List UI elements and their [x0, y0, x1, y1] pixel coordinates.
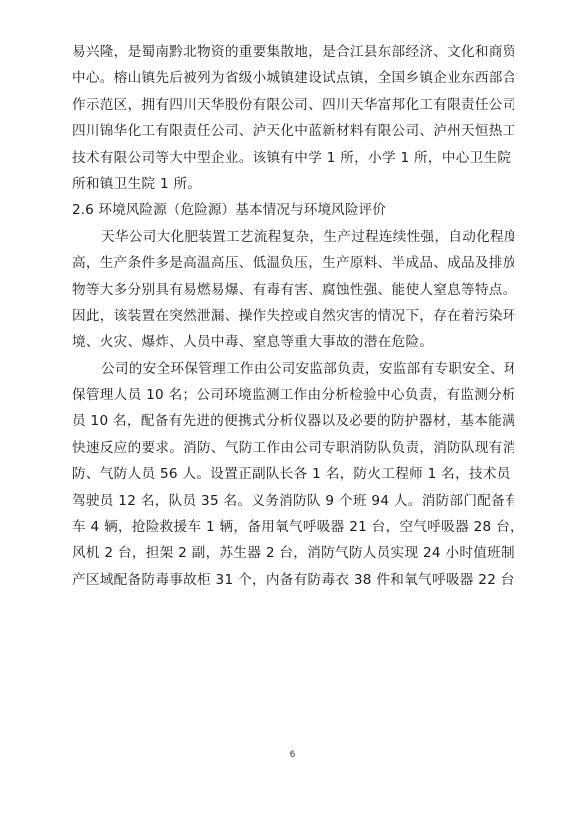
paragraph-town-overview: 易兴隆，是蜀南黔北物资的重要集散地，是合江县东部经济、文化和商贸 中心。榕山镇先… [72, 39, 514, 197]
text-line: 因此，该装置在突然泄漏、操作失控或自然灾害的情况下，存在着污染环 [72, 303, 514, 329]
text-line: 保管理人员 10 名；公司环境监测工作由分析检验中心负责，有监测分析人 [72, 382, 514, 408]
text-line: 高，生产条件多是高温高压、低温负压，生产原料、半成品、成品及排放 [72, 250, 514, 276]
text-line: 技术有限公司等大中型企业。该镇有中学 1 所，小学 1 所，中心卫生院 1 [72, 145, 514, 171]
text-line: 车 4 辆，抢险救援车 1 辆，备用氧气呼吸器 21 台，空气呼吸器 28 台，… [72, 514, 514, 540]
text-line: 作示范区，拥有四川天华股份有限公司、四川天华富邦化工有限责任公司、 [72, 92, 514, 118]
text-line: 四川锦华化工有限责任公司、泸天化中蓝新材料有限公司、泸州天恒热工 [72, 118, 514, 144]
text-line: 中心。榕山镇先后被列为省级小城镇建设试点镇，全国乡镇企业东西部合 [72, 65, 514, 91]
text-line: 天华公司大化肥装置工艺流程复杂，生产过程连续性强，自动化程度 [72, 224, 514, 250]
paragraph-process-hazards: 天华公司大化肥装置工艺流程复杂，生产过程连续性强，自动化程度 高，生产条件多是高… [72, 224, 514, 356]
document-body: 易兴隆，是蜀南黔北物资的重要集散地，是合江县东部经济、文化和商贸 中心。榕山镇先… [72, 39, 514, 593]
text-line: 防、气防人员 56 人。设置正副队长各 1 名，防火工程师 1 名，技术员 6 … [72, 461, 514, 487]
text-line: 境、火灾、爆炸、人员中毒、窒息等重大事故的潜在危险。 [72, 329, 514, 355]
text-line: 快速反应的要求。消防、气防工作由公司专职消防队负责，消防队现有消 [72, 435, 514, 461]
text-line: 物等大多分别具有易燃易爆、有毒有害、腐蚀性强、能使人窒息等特点。 [72, 277, 514, 303]
page-number: 6 [0, 750, 585, 760]
paragraph-safety-management: 公司的安全环保管理工作由公司安监部负责，安监部有专职安全、环 保管理人员 10 … [72, 356, 514, 594]
section-heading: 2.6 环境风险源（危险源）基本情况与环境风险评价 [72, 197, 514, 223]
text-line: 公司的安全环保管理工作由公司安监部负责，安监部有专职安全、环 [72, 356, 514, 382]
section-heading-text: 2.6 环境风险源（危险源）基本情况与环境风险评价 [72, 197, 514, 223]
text-line: 产区域配备防毒事故柜 31 个，内备有防毒衣 38 件和氧气呼吸器 22 台，空 [72, 567, 514, 593]
text-line: 易兴隆，是蜀南黔北物资的重要集散地，是合江县东部经济、文化和商贸 [72, 39, 514, 65]
text-line: 员 10 名，配备有先进的便携式分析仪器以及必要的防护器材，基本能满足 [72, 408, 514, 434]
text-line: 风机 2 台，担架 2 副，苏生器 2 台，消防气防人员实现 24 小时值班制。… [72, 540, 514, 566]
text-line: 所和镇卫生院 1 所。 [72, 171, 514, 197]
document-page: 易兴隆，是蜀南黔北物资的重要集散地，是合江县东部经济、文化和商贸 中心。榕山镇先… [0, 0, 585, 836]
text-line: 驾驶员 12 名，队员 35 名。义务消防队 9 个班 94 人。消防部门配备有… [72, 488, 514, 514]
